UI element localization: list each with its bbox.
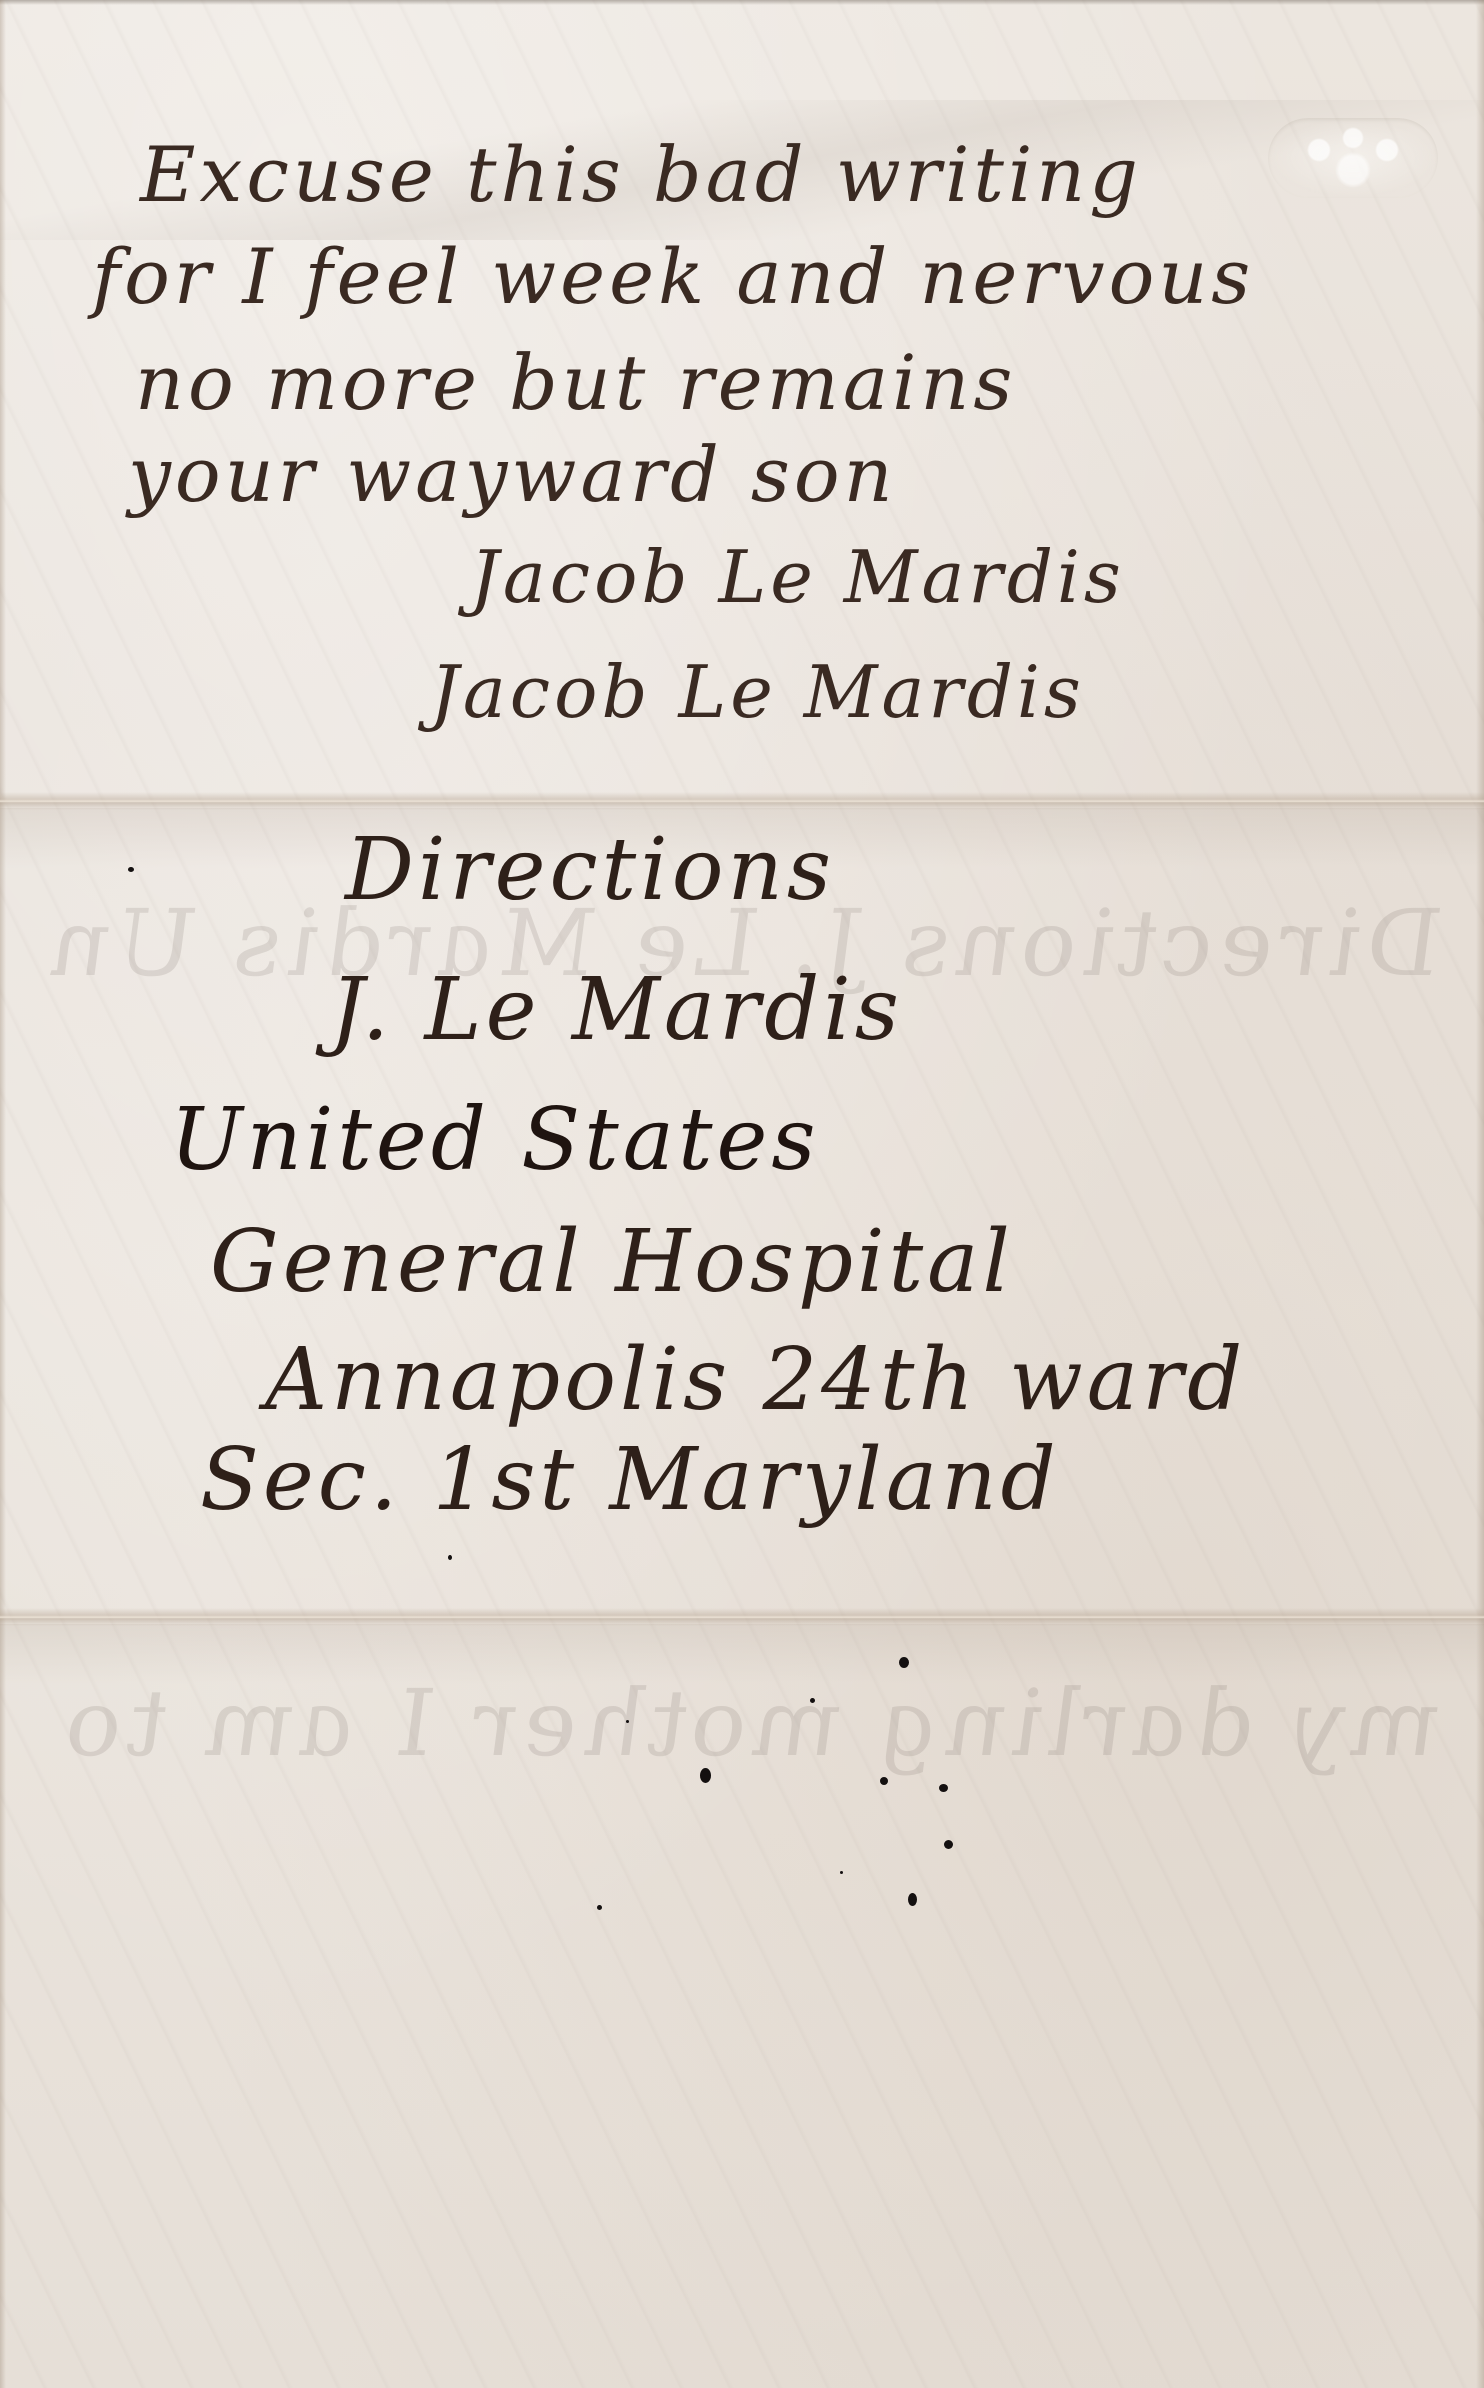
ink-spot <box>700 1768 711 1783</box>
address-line-section-state: Sec. 1st Maryland <box>200 1430 1060 1530</box>
ink-spot <box>880 1777 888 1785</box>
ink-spot <box>944 1840 953 1849</box>
embossed-seal-icon <box>1268 118 1438 198</box>
page-edge-right <box>1476 0 1484 2388</box>
ink-spot <box>626 1720 629 1723</box>
ink-spot <box>840 1871 843 1874</box>
closing-line-2: for I feel week and nervous <box>92 232 1254 321</box>
ink-spot <box>899 1657 909 1668</box>
fold-shadow-lower <box>0 1624 1484 1684</box>
ink-spot <box>597 1905 602 1910</box>
closing-line-4: your wayward son <box>128 430 897 519</box>
signature-2: Jacob Le Mardis <box>430 650 1085 734</box>
address-line-city-ward: Annapolis 24th ward <box>265 1330 1246 1430</box>
ink-spot <box>810 1698 815 1703</box>
address-line-hospital: General Hospital <box>210 1212 1014 1312</box>
closing-line-1: Excuse this bad writing <box>140 130 1142 219</box>
ink-spot <box>128 867 134 872</box>
address-line-name: J. Le Mardis <box>330 960 903 1060</box>
directions-heading: Directions <box>345 820 835 920</box>
ink-spot <box>448 1555 452 1560</box>
page-edge-left <box>0 0 6 2388</box>
closing-line-3: no more but remains <box>135 338 1016 427</box>
ink-spot <box>908 1893 917 1906</box>
ink-spot <box>939 1784 948 1792</box>
address-line-country: United States <box>170 1090 820 1190</box>
signature-1: Jacob Le Mardis <box>470 535 1125 619</box>
letter-page: Directions J. Le Mardis United States Ge… <box>0 0 1484 2388</box>
page-edge-top <box>0 0 1484 5</box>
